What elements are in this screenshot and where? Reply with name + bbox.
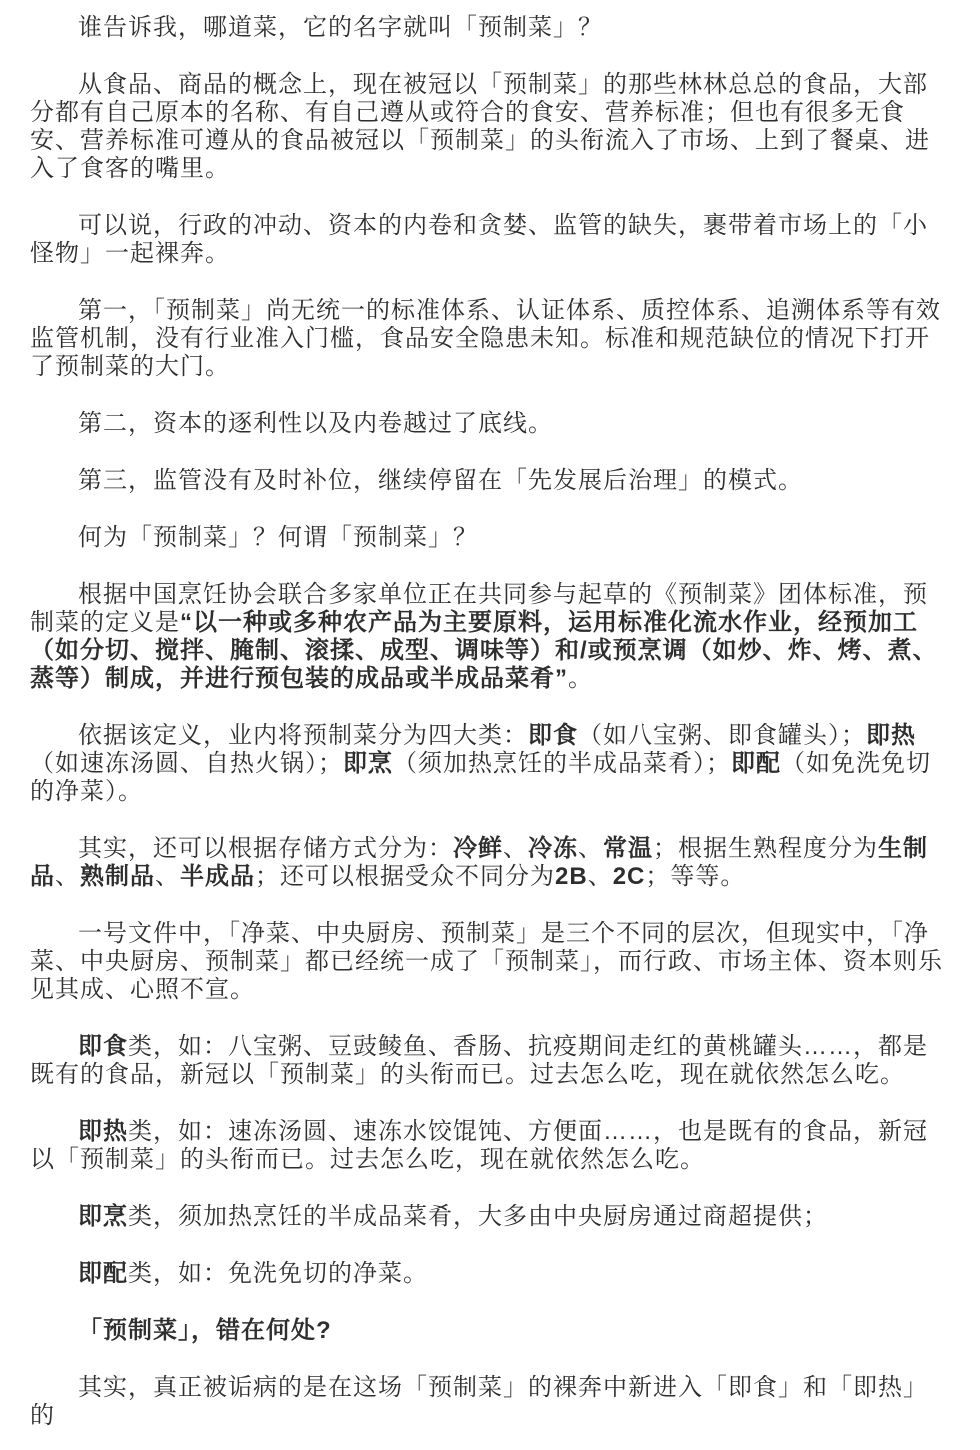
paragraph-ready-to-heat: 即热类，如：速冻汤圆、速冻水饺馄饨、方便面……，也是既有的食品，新冠以「预制菜」… [30, 1118, 950, 1174]
bold-text-run: 熟制品 [80, 863, 155, 890]
bold-text-run: 即烹 [78, 1203, 128, 1230]
text-run: （如八宝粥、即食罐头）； [578, 722, 866, 749]
bold-text-run: 2B [555, 863, 588, 890]
text-run: 可以说，行政的冲动、资本的内卷和贪婪、监管的缺失，裹带着市场上的「小怪物」一起裸… [30, 212, 928, 267]
text-run: 。 [568, 665, 593, 692]
text-run: 谁告诉我，哪道菜，它的名字就叫「预制菜」？ [78, 14, 603, 41]
paragraph-point-three: 第三，监管没有及时补位，继续停留在「先发展后治理」的模式。 [30, 467, 950, 495]
bold-text-run: 冷鲜 [453, 835, 503, 862]
text-run: （如速冻汤圆、自热火锅）； [30, 750, 343, 777]
bold-text-run: 即配 [731, 750, 781, 777]
bold-text-run: 半成品 [180, 863, 255, 890]
paragraph-section-heading-what-is-wrong: 「预制菜」，错在何处? [30, 1317, 950, 1345]
text-run: 一号文件中，「净菜、中央厨房、预制菜」是三个不同的层次，但现实中，「净菜、中央厨… [30, 920, 943, 1003]
text-run: 其实，还可以根据存储方式分为： [78, 835, 453, 862]
text-run: 、 [155, 863, 180, 890]
text-run: （须加热烹饪的半成品菜肴）； [393, 750, 731, 777]
text-run: 依据该定义，业内将预制菜分为四大类： [78, 722, 528, 749]
paragraph-definition: 根据中国烹饪协会联合多家单位正在共同参与起草的《预制菜》团体标准，预制菜的定义是… [30, 581, 950, 693]
paragraph-concept-overview: 从食品、商品的概念上，现在被冠以「预制菜」的那些林林总总的食品，大部分都有自己原… [30, 71, 950, 183]
text-run: 类，如：免洗免切的净菜。 [128, 1260, 428, 1287]
text-run: 第二，资本的逐利性以及内卷越过了底线。 [78, 410, 553, 437]
bold-text-run: 即烹 [343, 750, 393, 777]
paragraph-ready-to-cook: 即烹类，须加热烹饪的半成品菜肴，大多由中央厨房通过商超提供； [30, 1203, 950, 1231]
paragraph-document-no1: 一号文件中，「净菜、中央厨房、预制菜」是三个不同的层次，但现实中，「净菜、中央厨… [30, 920, 950, 1004]
bold-text-run: 即热 [78, 1118, 128, 1145]
text-run: 、 [578, 835, 603, 862]
bold-text-run: 即配 [78, 1260, 128, 1287]
paragraph-definition-question: 何为「预制菜」？何谓「预制菜」？ [30, 524, 950, 552]
paragraph-intro-question: 谁告诉我，哪道菜，它的名字就叫「预制菜」？ [30, 14, 950, 42]
text-run: 第一，「预制菜」尚无统一的标准体系、认证体系、质控体系、追溯体系等有效监管机制，… [30, 297, 941, 380]
text-run: 类，如：速冻汤圆、速冻水饺馄饨、方便面……，也是既有的食品，新冠以「预制菜」的头… [30, 1118, 928, 1173]
article-body: 谁告诉我，哪道菜，它的名字就叫「预制菜」？从食品、商品的概念上，现在被冠以「预制… [0, 0, 980, 1430]
bold-text-run: 常温 [603, 835, 653, 862]
paragraph-point-two: 第二，资本的逐利性以及内卷越过了底线。 [30, 410, 950, 438]
bold-text-run: 2C [613, 863, 646, 890]
text-run: ；还可以根据受众不同分为 [255, 863, 555, 890]
bold-text-run: 冷冻 [528, 835, 578, 862]
text-run: 、 [55, 863, 80, 890]
text-run: 其实，真正被诟病的是在这场「预制菜」的裸奔中新进入「即食」和「即热」的 [30, 1374, 928, 1429]
paragraph-ready-to-mix: 即配类，如：免洗免切的净菜。 [30, 1260, 950, 1288]
paragraph-closing-partial: 其实，真正被诟病的是在这场「预制菜」的裸奔中新进入「即食」和「即热」的 [30, 1374, 950, 1430]
text-run: 何为「预制菜」？何谓「预制菜」？ [78, 524, 478, 551]
bold-text-run: 「预制菜」，错在何处? [78, 1317, 332, 1344]
paragraph-point-one: 第一，「预制菜」尚无统一的标准体系、认证体系、质控体系、追溯体系等有效监管机制，… [30, 297, 950, 381]
text-run: 、 [503, 835, 528, 862]
paragraph-ready-to-eat: 即食类，如：八宝粥、豆豉鲮鱼、香肠、抗疫期间走红的黄桃罐头……，都是既有的食品，… [30, 1033, 950, 1089]
bold-text-run: 即热 [866, 722, 916, 749]
paragraph-streaking-metaphor: 可以说，行政的冲动、资本的内卷和贪婪、监管的缺失，裹带着市场上的「小怪物」一起裸… [30, 212, 950, 268]
article-page: { "page": { "background_color": "#ffffff… [0, 0, 980, 1450]
bold-text-run: 即食 [78, 1033, 128, 1060]
text-run: 类，如：八宝粥、豆豉鲮鱼、香肠、抗疫期间走红的黄桃罐头……，都是既有的食品，新冠… [30, 1033, 928, 1088]
text-run: 、 [588, 863, 613, 890]
bold-text-run: 即食 [528, 722, 578, 749]
text-run: 从食品、商品的概念上，现在被冠以「预制菜」的那些林林总总的食品，大部分都有自己原… [30, 71, 930, 182]
paragraph-other-classifications: 其实，还可以根据存储方式分为：冷鲜、冷冻、常温；根据生熟程度分为生制品、熟制品、… [30, 835, 950, 891]
text-run: 类，须加热烹饪的半成品菜肴，大多由中央厨房通过商超提供； [128, 1203, 828, 1230]
text-run: 第三，监管没有及时补位，继续停留在「先发展后治理」的模式。 [78, 467, 803, 494]
text-run: ；等等。 [645, 863, 745, 890]
text-run: ；根据生熟程度分为 [653, 835, 878, 862]
paragraph-four-categories: 依据该定义，业内将预制菜分为四大类：即食（如八宝粥、即食罐头）；即热（如速冻汤圆… [30, 722, 950, 806]
